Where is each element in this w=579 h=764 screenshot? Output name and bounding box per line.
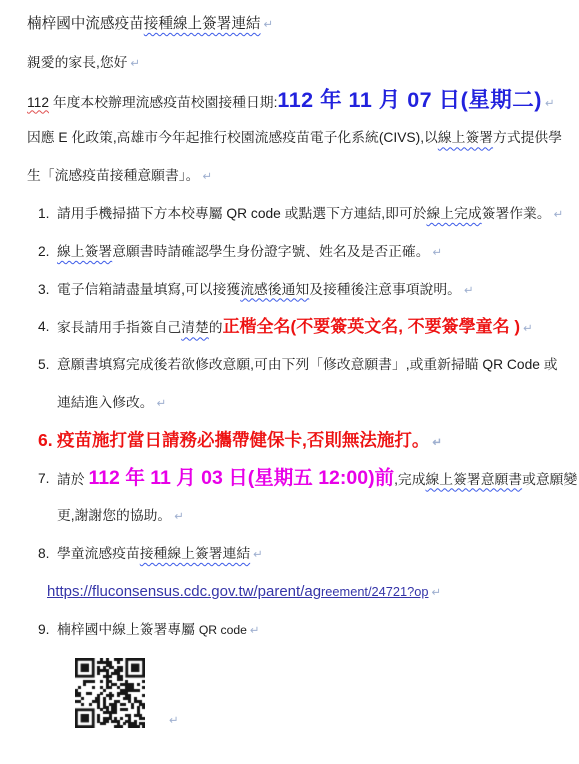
item4-red-emphasis: 正楷全名(不要簽英文名, 不要簽學童名 ) [223, 317, 521, 336]
paragraph-mark: ↵ [157, 398, 167, 410]
item7-text-a: 請於 [57, 472, 88, 487]
item-number: 2. [38, 233, 50, 271]
intro-text-line2: 生「流感疫苗接種意願書」。 [27, 168, 199, 183]
item-number: 9. [38, 611, 50, 649]
consent-link-line: https://fluconsensus.cdc.gov.tw/parent/a… [27, 573, 563, 611]
intro-line-1: 因應 E 化政策,高雄市今年起推行校園流感疫苗電子化系統(CIVS),以線上簽署… [27, 119, 563, 157]
paragraph-mark: ↵ [431, 587, 441, 599]
deadline-highlight: 112 年 11 月 03 日(星期五 12:00)前 [88, 467, 394, 489]
list-item-2: 2.線上簽署意願書時請確認學生身份證字號、姓名及是否正確。↵ [27, 233, 563, 271]
item-number: 1. [38, 195, 50, 233]
consent-signup-link[interactable]: https://fluconsensus.cdc.gov.tw/parent/a… [47, 583, 428, 600]
item3-text-a: 電子信箱請盡量填寫,可以接獲 [57, 282, 240, 297]
greeting-line: 親愛的家長,您好↵ [27, 44, 563, 82]
item7-text-c: 或意願變 [522, 472, 577, 487]
item3-text-squiggled: 流感後通知 [240, 282, 309, 297]
paragraph-mark: ↵ [250, 625, 260, 637]
paragraph-mark: ↵ [202, 171, 212, 183]
item7-text-b: ,完成 [394, 472, 425, 487]
item4-text-squiggled: 清楚 [181, 320, 209, 335]
vaccination-date-highlight: 112 年 11 月 07 日(星期二) [277, 88, 542, 112]
item-number: 5. [38, 346, 50, 384]
list-item-7: 7.請於 112 年 11 月 03 日(星期五 12:00)前,完成線上簽署意… [27, 460, 563, 498]
list-item-5: 5.意願書填寫完成後若欲修改意願,可由下列「修改意願書」,或重新掃瞄 QR Co… [27, 346, 563, 384]
item-number: 8. [38, 535, 50, 573]
item7-text-line2: 更,謝謝您的協助。 [57, 508, 171, 523]
paragraph-mark: ↵ [174, 511, 184, 523]
paragraph-mark: ↵ [169, 714, 179, 728]
paragraph-mark: ↵ [464, 285, 474, 297]
link-text-main: https://fluconsensus.cdc.gov.tw/parent/a… [47, 583, 321, 600]
list-item-5-continuation: 連結進入修改。↵ [27, 384, 563, 422]
link-text-tail: reement/24721?op [321, 584, 428, 599]
intro-line-2: 生「流感疫苗接種意願書」。↵ [27, 157, 563, 195]
year-number-squiggled: 112 [27, 95, 49, 110]
paragraph-mark: ↵ [253, 549, 263, 561]
paragraph-mark: ↵ [554, 209, 564, 221]
item8-text-a: 學童流感疫苗 [57, 546, 140, 561]
qr-code [75, 658, 145, 728]
item3-text-b: 及接種後注意事項說明。 [309, 282, 461, 297]
item2-text-squiggled: 線上簽署 [57, 244, 112, 259]
item9-text-a: 楠梓國中線上簽署專屬 [57, 622, 199, 637]
item1-text-squiggled: 線上完成 [426, 206, 481, 221]
greeting-text: 親愛的家長,您好 [27, 55, 127, 70]
paragraph-mark: ↵ [523, 323, 533, 335]
list-item-1: 1.請用手機掃描下方本校專屬 QR code 或點選下方連結,即可於線上完成簽署… [27, 195, 563, 233]
item7-text-squiggled: 線上簽署意願書 [426, 472, 523, 487]
item9-text-qr-label: QR code [199, 623, 247, 637]
item-number: 3. [38, 271, 50, 309]
paragraph-mark: ↵ [432, 437, 442, 449]
item5-text-line2: 連結進入修改。 [57, 395, 154, 410]
list-item-6: 6.疫苗施打當日請務必攜帶健保卡,否則無法施打。↵ [27, 422, 563, 460]
list-item-8: 8.學童流感疫苗接種線上簽署連結↵ [27, 535, 563, 573]
list-item-9: 9.楠梓國中線上簽署專屬 QR code↵ [27, 611, 563, 649]
paragraph-mark: ↵ [130, 58, 140, 70]
item-number: 7. [38, 460, 50, 498]
item1-text-b: 簽署作業。 [482, 206, 551, 221]
item-number: 4. [38, 308, 50, 346]
item6-alert-text: 疫苗施打當日請務必攜帶健保卡,否則無法施打。 [57, 430, 429, 450]
date-line-label: 年度本校辦理流感疫苗校園接種日期: [49, 95, 277, 110]
item2-text: 意願書時請確認學生身份證字號、姓名及是否正確。 [112, 244, 429, 259]
item8-text-squiggled: 接種線上簽署連結 [140, 546, 250, 561]
doc-title-text: 楠梓國中流感疫苗 [27, 16, 144, 32]
document-page: 楠梓國中流感疫苗接種線上簽署連結↵ 親愛的家長,您好↵ 112 年度本校辦理流感… [0, 0, 579, 764]
doc-title-text-squiggled: 接種線上簽署連結 [144, 16, 261, 32]
item4-text-a: 家長請用手指簽自己 [57, 320, 181, 335]
item1-text-a: 請用手機掃描下方本校專屬 QR code 或點選下方連結,即可於 [57, 206, 426, 221]
intro-text-squiggled: 線上簽署 [438, 130, 493, 145]
list-item-4: 4.家長請用手指簽自己清楚的正楷全名(不要簽英文名, 不要簽學童名 )↵ [27, 308, 563, 346]
qr-code-block: ↵ [75, 658, 563, 728]
paragraph-mark: ↵ [433, 247, 443, 259]
paragraph-mark: ↵ [545, 98, 555, 110]
doc-title: 楠梓國中流感疫苗接種線上簽署連結↵ [27, 6, 563, 44]
item-number: 6. [38, 422, 53, 460]
vaccination-date-line: 112 年度本校辦理流感疫苗校園接種日期:112 年 11 月 07 日(星期二… [27, 82, 563, 120]
item4-text-b: 的 [209, 320, 223, 335]
paragraph-mark: ↵ [264, 19, 274, 31]
list-item-3: 3.電子信箱請盡量填寫,可以接獲流感後通知及接種後注意事項說明。↵ [27, 271, 563, 309]
intro-text-a: 因應 E 化政策,高雄市今年起推行校園流感疫苗電子化系統(CIVS),以 [27, 130, 438, 145]
item5-text-line1: 意願書填寫完成後若欲修改意願,可由下列「修改意願書」,或重新掃瞄 QR Code… [57, 357, 558, 372]
intro-text-b: 方式提供學 [493, 130, 562, 145]
list-item-7-continuation: 更,謝謝您的協助。↵ [27, 497, 563, 535]
